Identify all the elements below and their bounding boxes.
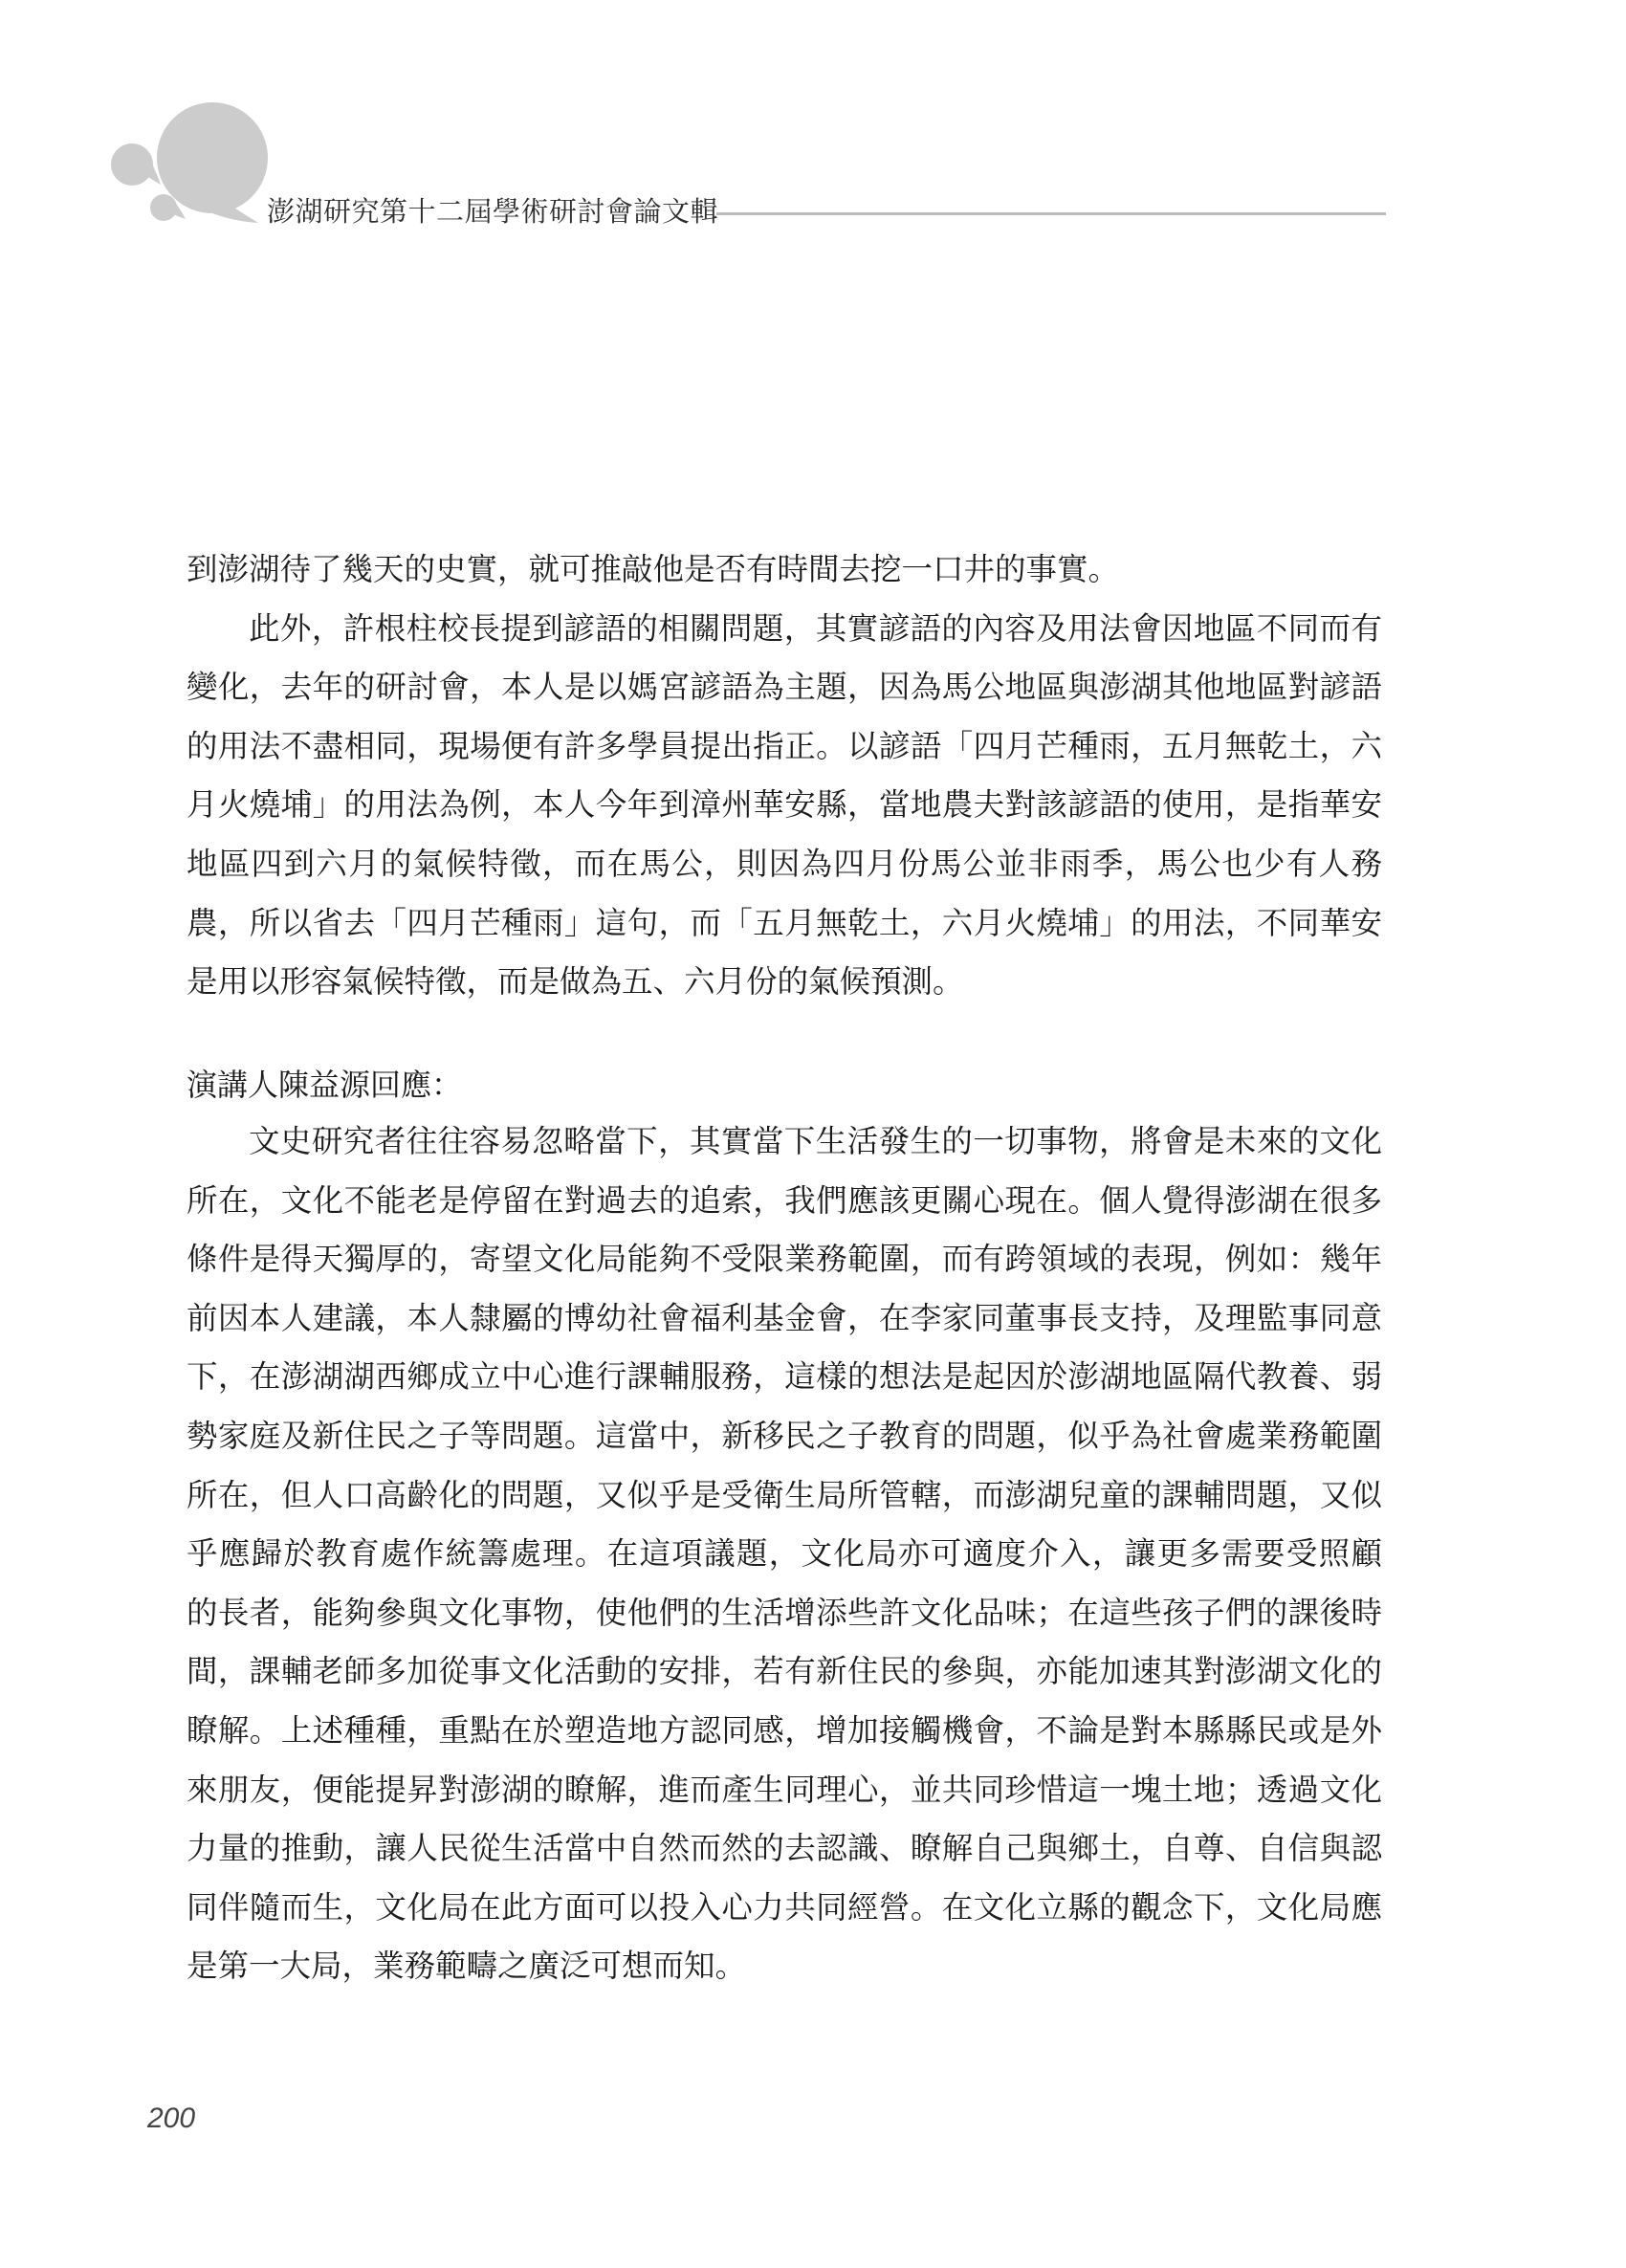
body-line: 下，在澎湖湖西鄉成立中心進行課輔服務，這樣的想法是起因於澎湖地區隔代教養、弱 <box>187 1348 1382 1407</box>
body-line: 文史研究者往往容易忽略當下，其實當下生活發生的一切事物，將會是未來的文化 <box>187 1112 1382 1172</box>
section-1-body: 到澎湖待了幾天的史實，就可推敲他是否有時間去挖一口井的事實。 此外，許根柱校長提… <box>187 540 1382 1012</box>
body-line: 的長者，能夠參與文化事物，使他們的生活增添些許文化品味；在這些孩子們的課後時 <box>187 1584 1382 1643</box>
body-line: 變化，去年的研討會，本人是以媽宮諺語為主題，因為馬公地區與澎湖其他地區對諺語 <box>187 658 1382 717</box>
body-line: 來朋友，便能提昇對澎湖的瞭解，進而產生同理心，並共同珍惜這一塊土地；透過文化 <box>187 1761 1382 1820</box>
document-page: 澎湖研究第十二屆學術研討會論文輯 到澎湖待了幾天的史實，就可推敲他是否有時間去挖… <box>0 0 1626 2268</box>
speech-bubbles-icon <box>105 100 277 239</box>
section-2-body: 文史研究者往往容易忽略當下，其實當下生活發生的一切事物，將會是未來的文化 所在，… <box>187 1112 1382 1996</box>
page-number: 200 <box>147 2103 195 2135</box>
body-line: 是第一大局，業務範疇之廣泛可想而知。 <box>187 1937 1382 1996</box>
body-line: 所在，文化不能老是停留在對過去的追索，我們應該更關心現在。個人覺得澎湖在很多 <box>187 1172 1382 1231</box>
body-line: 間，課輔老師多加從事文化活動的安排，若有新住民的參與，亦能加速其對澎湖文化的 <box>187 1642 1382 1702</box>
body-line: 力量的推動，讓人民從生活當中自然而然的去認識、瞭解自己與鄉土，自尊、自信與認 <box>187 1819 1382 1879</box>
running-title: 澎湖研究第十二屆學術研討會論文輯 <box>267 194 718 229</box>
body-line: 所在，但人口高齡化的問題，又似乎是受衛生局所管轄，而澎湖兒童的課輔問題，又似 <box>187 1466 1382 1526</box>
header-rule <box>716 212 1386 215</box>
body-line: 月火燒埔」的用法為例，本人今年到漳州華安縣，當地農夫對該諺語的使用，是指華安 <box>187 776 1382 835</box>
body-line: 地區四到六月的氣候特徵，而在馬公，則因為四月份馬公並非雨季，馬公也少有人務 <box>187 835 1382 894</box>
body-line: 此外，許根柱校長提到諺語的相關問題，其實諺語的內容及用法會因地區不同而有 <box>187 600 1382 659</box>
body-line: 的用法不盡相同，現場便有許多學員提出指正。以諺語「四月芒種雨，五月無乾土，六 <box>187 717 1382 777</box>
body-line: 瞭解。上述種種，重點在於塑造地方認同感，增加接觸機會，不論是對本縣縣民或是外 <box>187 1702 1382 1761</box>
section-heading: 演講人陳益源回應： <box>187 1056 462 1113</box>
body-line: 同伴隨而生，文化局在此方面可以投入心力共同經營。在文化立縣的觀念下，文化局應 <box>187 1879 1382 1938</box>
body-line: 乎應歸於教育處作統籌處理。在這項議題，文化局亦可適度介入，讓更多需要受照顧 <box>187 1525 1382 1584</box>
body-line: 農，所以省去「四月芒種雨」這句，而「五月無乾土，六月火燒埔」的用法，不同華安 <box>187 894 1382 954</box>
body-line: 前因本人建議，本人隸屬的博幼社會福利基金會，在李家同董事長支持，及理監事同意 <box>187 1289 1382 1349</box>
body-line: 條件是得天獨厚的，寄望文化局能夠不受限業務範圍，而有跨領域的表現，例如：幾年 <box>187 1230 1382 1289</box>
body-line: 是用以形容氣候特徵，而是做為五、六月份的氣候預測。 <box>187 953 1382 1012</box>
body-line: 勢家庭及新住民之子等問題。這當中，新移民之子教育的問題，似乎為社會處業務範圍 <box>187 1407 1382 1466</box>
body-line: 到澎湖待了幾天的史實，就可推敲他是否有時間去挖一口井的事實。 <box>187 540 1382 600</box>
